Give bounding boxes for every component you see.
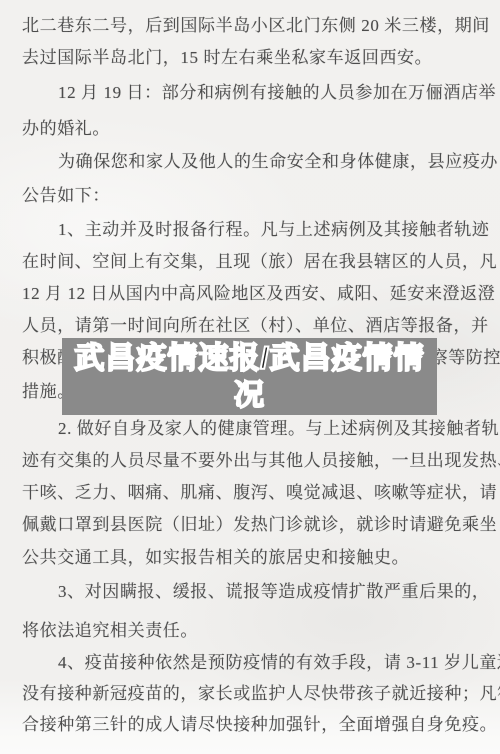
document-line: 公共交通工具，如实报告相关的旅居史和接触史。 (22, 547, 493, 568)
document-line: 北二巷东二号，后到国际半岛小区北门东侧 20 米三楼，期间 (22, 15, 493, 36)
document-line: 去过国际半岛北门，15 时左右乘坐私家车返回西安。 (22, 47, 493, 68)
document-line: 1、主动并及时报备行程。凡与上述病例及其接触者轨迹 (22, 219, 493, 240)
document-line: 人员，请第一时间向所在社区（村）、单位、酒店等报备，并 (22, 315, 493, 336)
document-line: 办的婚礼。 (22, 118, 493, 139)
document-line: 没有接种新冠疫苗的，家长或监护人尽快带孩子就近接种；凡符 (22, 683, 493, 704)
overlay-title: 武昌疫情速报/武昌疫情情况 (65, 340, 434, 414)
document-line: 合接种第三针的成人请尽快接种加强针，全面增强自身免疫。 (22, 714, 493, 735)
document-line: 12 月 19 日：部分和病例有接触的人员参加在万俪酒店举 (22, 82, 493, 103)
document-line: 将依法追究相关责任。 (22, 620, 493, 641)
document-line: 在时间、空间上有交集，且现（旅）居在我县辖区的人员，凡 (22, 251, 493, 272)
document-line: 为确保您和家人及他人的生命安全和身体健康，县应疫办 (22, 151, 493, 172)
document-line: 佩戴口罩到县医院（旧址）发热门诊就诊，就诊时请避免乘坐 (22, 514, 493, 535)
document-line: 2. 做好自身及家人的健康管理。与上述病例及其接触者轨 (22, 418, 493, 439)
document-line: 12 月 12 日从国内中高风险地区及西安、咸阳、延安来澄返澄 (22, 283, 493, 304)
scanned-notice-page: 北二巷东二号，后到国际半岛小区北门东侧 20 米三楼，期间去过国际半岛北门，15… (0, 0, 500, 754)
document-line: 迹有交集的人员尽量不要外出与其他人员接触，一旦出现发热、 (22, 450, 493, 471)
document-line: 公告如下： (22, 185, 493, 206)
document-line: 干咳、乏力、咽痛、肌痛、腹泻、嗅觉减退、咳嗽等症状，请 (22, 482, 493, 503)
document-line: 3、对因瞒报、缓报、谎报等造成疫情扩散严重后果的， (22, 581, 493, 602)
document-line: 4、疫苗接种依然是预防疫情的有效手段，请 3-11 岁儿童还 (22, 652, 493, 673)
title-overlay: 武昌疫情速报/武昌疫情情况 (62, 338, 437, 415)
